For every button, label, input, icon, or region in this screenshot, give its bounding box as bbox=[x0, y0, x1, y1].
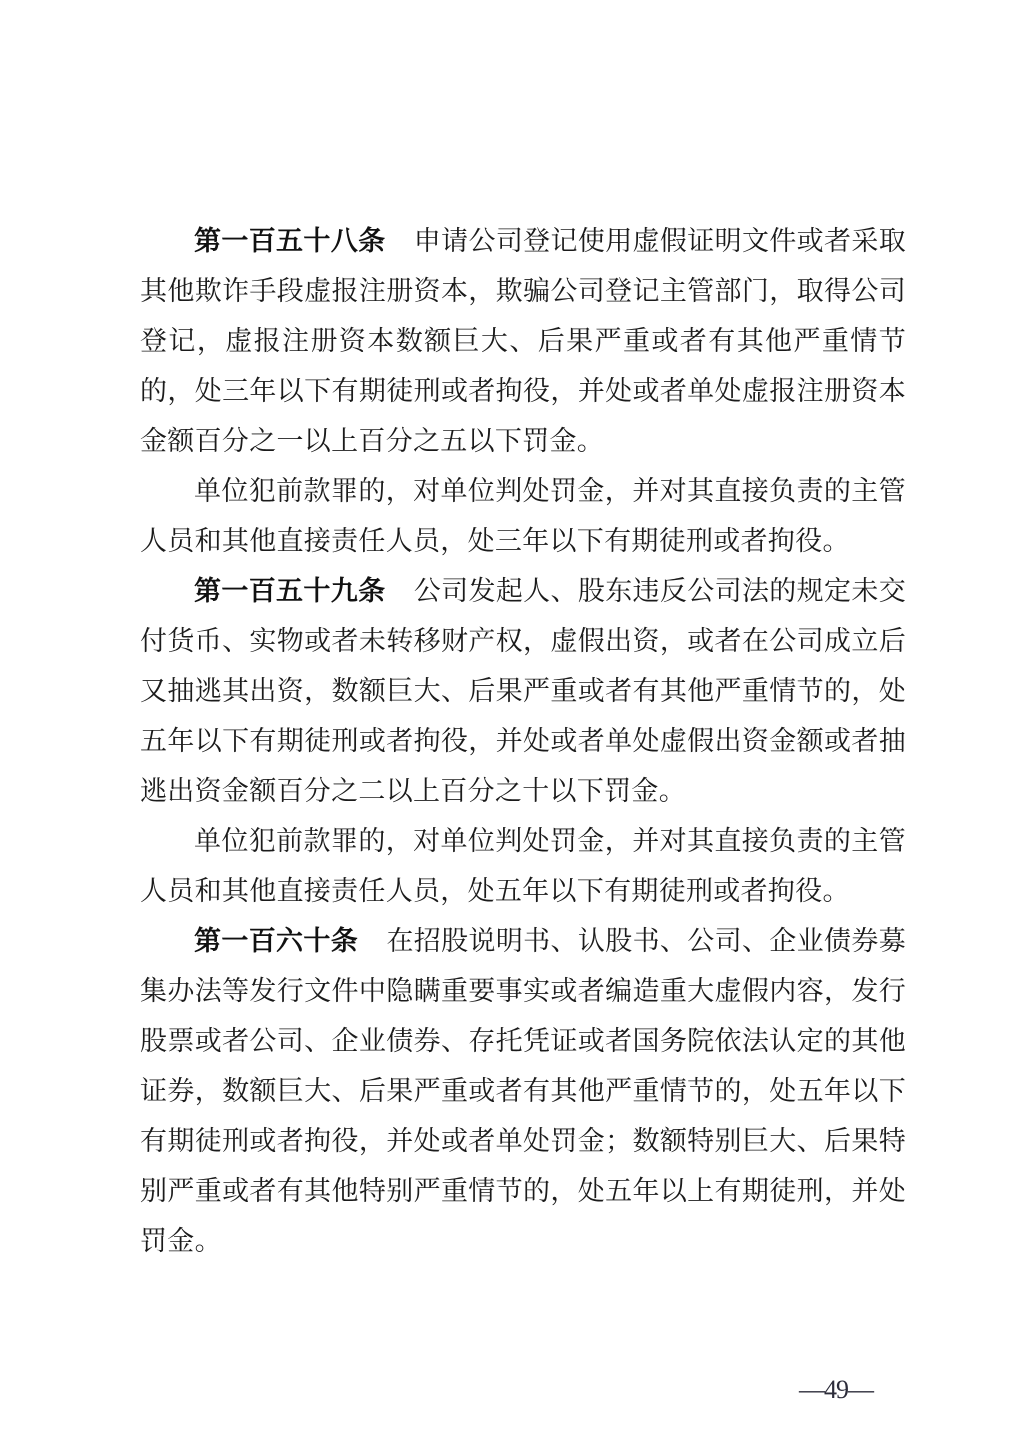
paragraph-article-159: 第一百五十九条公司发起人、股东违反公司法的规定未交付货币、实物或者未转移财产权，… bbox=[140, 566, 906, 816]
article-160-number: 第一百六十条 bbox=[194, 926, 358, 956]
paragraph-article-159-clause-2: 单位犯前款罪的，对单位判处罚金，并对其直接负责的主管人员和其他直接责任人员，处五… bbox=[140, 816, 906, 916]
article-158-clause-2-text: 单位犯前款罪的，对单位判处罚金，并对其直接负责的主管人员和其他直接责任人员，处三… bbox=[140, 476, 906, 556]
article-158-number: 第一百五十八条 bbox=[194, 226, 385, 256]
document-page: 第一百五十八条申请公司登记使用虚假证明文件或者采取其他欺诈手段虚报注册资本，欺骗… bbox=[0, 0, 1024, 1448]
page-number: —49— bbox=[799, 1375, 873, 1405]
article-159-clause-2-text: 单位犯前款罪的，对单位判处罚金，并对其直接负责的主管人员和其他直接责任人员，处五… bbox=[140, 826, 906, 906]
document-body: 第一百五十八条申请公司登记使用虚假证明文件或者采取其他欺诈手段虚报注册资本，欺骗… bbox=[140, 216, 906, 1266]
article-159-number: 第一百五十九条 bbox=[194, 576, 385, 606]
article-159-text: 公司发起人、股东违反公司法的规定未交付货币、实物或者未转移财产权，虚假出资，或者… bbox=[140, 576, 906, 806]
paragraph-article-158-clause-2: 单位犯前款罪的，对单位判处罚金，并对其直接负责的主管人员和其他直接责任人员，处三… bbox=[140, 466, 906, 566]
paragraph-article-158: 第一百五十八条申请公司登记使用虚假证明文件或者采取其他欺诈手段虚报注册资本，欺骗… bbox=[140, 216, 906, 466]
article-160-text: 在招股说明书、认股书、公司、企业债券募集办法等发行文件中隐瞒重要事实或者编造重大… bbox=[140, 926, 906, 1256]
paragraph-article-160: 第一百六十条在招股说明书、认股书、公司、企业债券募集办法等发行文件中隐瞒重要事实… bbox=[140, 916, 906, 1266]
article-158-text: 申请公司登记使用虚假证明文件或者采取其他欺诈手段虚报注册资本，欺骗公司登记主管部… bbox=[140, 226, 906, 456]
